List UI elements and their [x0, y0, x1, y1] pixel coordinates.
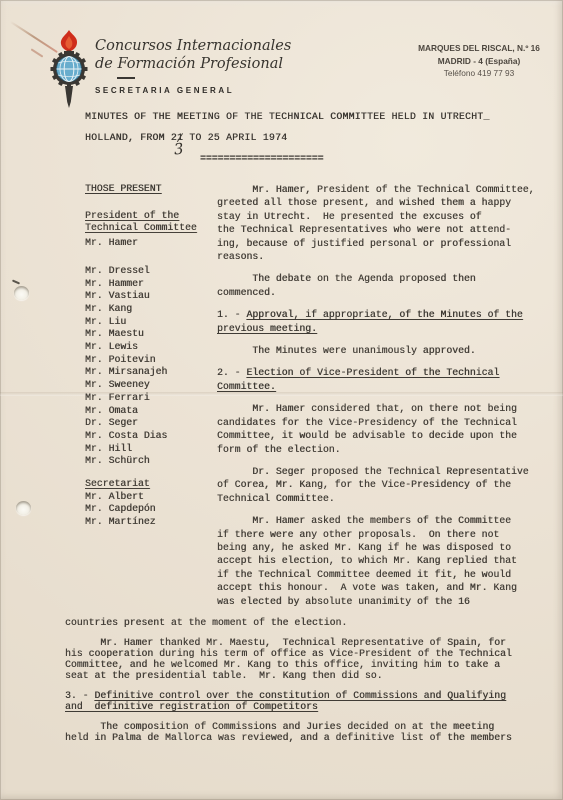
document-title: MINUTES OF THE MEETING OF THE TECHNICAL …: [85, 106, 545, 164]
member-name: Mr. Mirsanajeh: [85, 366, 217, 379]
secretariat-name: Mr. Capdepón: [85, 503, 217, 516]
punch-hole-top: [14, 286, 29, 300]
section-3-heading: 3. - Definitive control over the constit…: [65, 690, 527, 712]
member-name: Mr. Sweeney: [85, 379, 217, 392]
secretariat-heading: Secretariat: [85, 478, 217, 491]
letterhead: Concursos Internacionales de Formación P…: [0, 0, 563, 110]
letterhead-address: MARQUES DEL RISCAL, N.º 16 MADRID - 4 (E…: [405, 42, 553, 80]
document-page: Concursos Internacionales de Formación P…: [0, 0, 563, 800]
handwritten-correction: 3: [173, 139, 185, 161]
org-name: Concursos Internacionales de Formación P…: [95, 38, 291, 100]
title-line2: HOLLAND, FROM 213 TO 25 APRIL 1974: [85, 127, 545, 148]
member-name: Mr. Kang: [85, 303, 217, 316]
org-name-line2: de Formación Profesional: [95, 56, 291, 74]
member-name: Mr. Schürch: [85, 455, 217, 468]
org-logo-icon: [46, 30, 92, 108]
paragraph-opening: Mr. Hamer, President of the Technical Co…: [217, 183, 527, 263]
org-name-line1: Concursos Internacionales: [95, 38, 291, 56]
member-name: Mr. Costa Dias: [85, 430, 217, 443]
paragraph-vote: Mr. Hamer asked the members of the Commi…: [217, 514, 527, 608]
paragraph-thanks: Mr. Hamer thanked Mr. Maestu, Technical …: [65, 637, 527, 681]
member-name: Mr. Hill: [85, 443, 217, 456]
member-name: Mr. Vastiau: [85, 290, 217, 303]
president-heading: President of the Technical Committee: [85, 210, 217, 235]
member-name: Mr. Omata: [85, 405, 217, 418]
president-name: Mr. Hamer: [85, 237, 217, 250]
title-line1: MINUTES OF THE MEETING OF THE TECHNICAL …: [85, 106, 545, 127]
those-present-heading: THOSE PRESENT: [85, 183, 217, 196]
letterhead-rule: [117, 77, 135, 79]
minutes-text-column: Mr. Hamer, President of the Technical Co…: [217, 183, 527, 617]
secretaria-general-label: SECRETARIA GENERAL: [95, 82, 291, 100]
secretariat-name: Mr. Martínez: [85, 516, 217, 529]
member-name: Mr. Liu: [85, 316, 217, 329]
title-line2-prefix: HOLLAND, FROM 2: [85, 132, 177, 143]
title-line2-suffix: TO 25 APRIL 1974: [183, 132, 287, 143]
member-name: Dr. Seger: [85, 417, 217, 430]
paragraph-commissions: The composition of Commissions and Jurie…: [65, 721, 527, 743]
document-body: THOSE PRESENT President of the Technical…: [65, 183, 527, 752]
address-phone: Teléfono 419 77 93: [405, 67, 553, 80]
punch-hole-tick-mark: [12, 279, 20, 284]
punch-hole-bottom: [16, 501, 31, 515]
attendees-column: THOSE PRESENT President of the Technical…: [65, 183, 217, 529]
section-2-heading: 2. - Election of Vice-President of the T…: [217, 366, 527, 393]
member-name: Mr. Ferrari: [85, 392, 217, 405]
paragraph-seger-proposal: Dr. Seger proposed the Technical Represe…: [217, 465, 527, 505]
paragraph-minutes-approved: The Minutes were unanimously approved.: [217, 344, 527, 357]
paragraph-election-form: Mr. Hamer considered that, on there not …: [217, 402, 527, 456]
secretariat-list: Mr. AlbertMr. CapdepónMr. Martínez: [85, 491, 217, 529]
member-name: Mr. Dressel: [85, 265, 217, 278]
member-name: Mr. Maestu: [85, 328, 217, 341]
member-name: Mr. Hammer: [85, 278, 217, 291]
paragraph-vote-continuation: countries present at the moment of the e…: [65, 617, 527, 628]
address-street: MARQUES DEL RISCAL, N.º 16: [405, 42, 553, 55]
address-city: MADRID - 4 (España): [405, 55, 553, 68]
paragraph-agenda: The debate on the Agenda proposed then c…: [217, 272, 527, 299]
member-name: Mr. Lewis: [85, 341, 217, 354]
secretariat-name: Mr. Albert: [85, 491, 217, 504]
section-1-heading: 1. - Approval, if appropriate, of the Mi…: [217, 308, 527, 335]
members-list: Mr. DresselMr. HammerMr. VastiauMr. Kang…: [85, 265, 217, 468]
member-name: Mr. Poitevin: [85, 354, 217, 367]
title-underline: =====================: [200, 154, 545, 164]
corrected-date-digit: 13: [177, 127, 183, 148]
